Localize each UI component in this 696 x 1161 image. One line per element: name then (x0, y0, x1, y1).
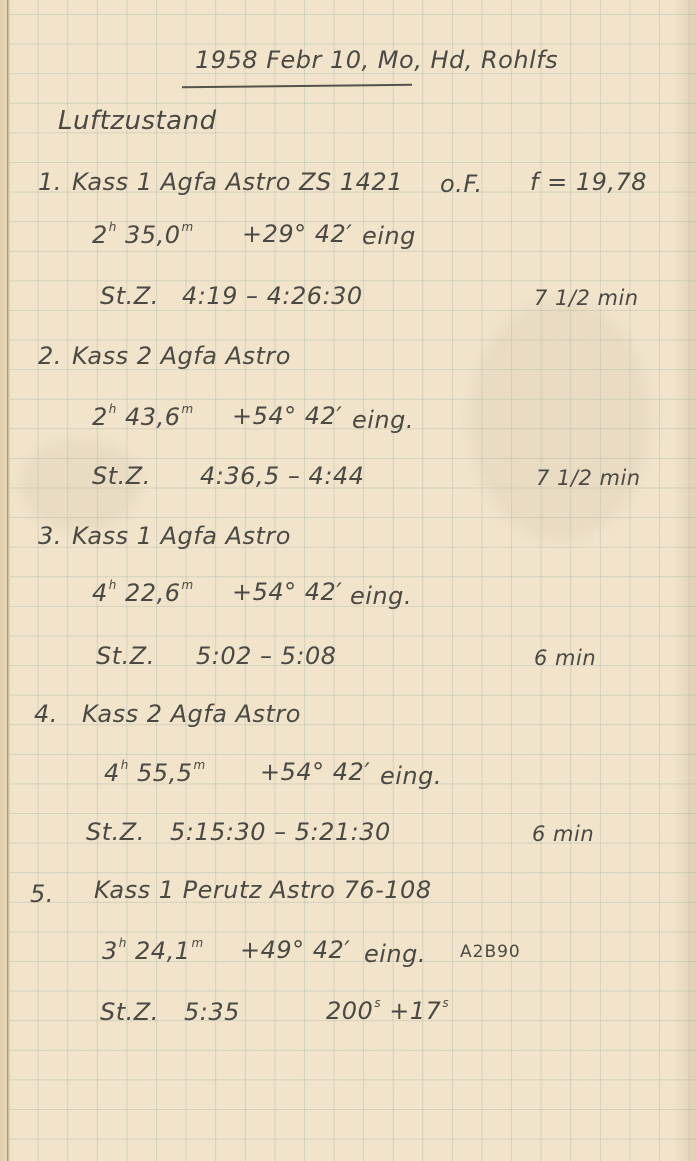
ra-hours: 4 (92, 579, 108, 607)
exposure-first-unit: s (374, 996, 381, 1010)
ra-hours-unit: h (109, 578, 117, 592)
entry-title: Kass 2 Agfa Astro (72, 342, 291, 370)
exposure-first: 200 (326, 997, 373, 1025)
page-binding-edge (0, 0, 10, 1161)
entry-title: Kass 1 Agfa Astro ZS 1421 (72, 168, 403, 196)
entry-note: o.F. (440, 170, 483, 198)
timing-label: St.Z. (86, 818, 145, 846)
entry-number: 4. (34, 700, 58, 728)
right-ascension: 4h 22,6m (92, 578, 194, 607)
timing-range: 4:36,5 – 4:44 (200, 462, 364, 490)
ra-hours-unit: h (121, 758, 129, 772)
right-ascension: 4h 55,5m (104, 758, 206, 787)
log-header: 1958 Febr 10, Mo, Hd, Rohlfs (195, 46, 558, 74)
declination-note: eing. (350, 582, 412, 610)
ra-minutes-unit: m (191, 936, 203, 950)
binding-crease (7, 0, 8, 1161)
declination: +29° 42′ (242, 220, 352, 248)
ra-hours-unit: h (109, 402, 117, 416)
page-edge-shadow (674, 0, 696, 1161)
timing-start: 5:35 (184, 998, 240, 1026)
ra-hours: 4 (104, 759, 120, 787)
entry-number: 2. (38, 342, 62, 370)
entry-number: 5. (30, 880, 54, 908)
entry-number: 1. (38, 168, 62, 196)
exposure-second-unit: s (442, 996, 449, 1010)
ra-minutes-unit: m (193, 758, 205, 772)
timing-label: St.Z. (100, 282, 159, 310)
declination: +49° 42′ (240, 936, 350, 964)
timing-range: 4:19 – 4:26:30 (182, 282, 363, 310)
timing-label: St.Z. (96, 642, 155, 670)
timing-label: St.Z. (100, 998, 159, 1026)
paper-stain (470, 300, 650, 540)
ra-hours-unit: h (109, 220, 117, 234)
declination: +54° 42′ (232, 402, 342, 430)
timing-label: St.Z. (92, 462, 151, 490)
declination: +54° 42′ (260, 758, 370, 786)
declination-note: eing. (364, 940, 426, 968)
ra-minutes-unit: m (181, 402, 193, 416)
right-ascension: 3h 24,1m (102, 936, 204, 965)
exposure-duration: 6 min (534, 646, 596, 670)
right-ascension: 2h 43,6m (92, 402, 194, 431)
entry-title: Kass 2 Agfa Astro (82, 700, 301, 728)
section-title: Luftzustand (58, 106, 217, 136)
timing-range: 5:15:30 – 5:21:30 (170, 818, 391, 846)
ra-hours: 2 (92, 403, 108, 431)
declination-note: eing (362, 222, 416, 250)
exposure-times: 200s +17s (326, 996, 449, 1025)
entry-title: Kass 1 Perutz Astro 76-108 (94, 876, 432, 904)
exposure-duration: 7 1/2 min (536, 466, 641, 490)
exposure-second: +17 (389, 997, 441, 1025)
ra-minutes-unit: m (181, 220, 193, 234)
exposure-duration: 7 1/2 min (534, 286, 639, 310)
right-ascension: 2h 35,0m (92, 220, 194, 249)
plate-code: A2B90 (460, 942, 521, 962)
entry-title: Kass 1 Agfa Astro (72, 522, 291, 550)
ra-minutes: 55,5 (137, 759, 192, 787)
exposure-duration: 6 min (532, 822, 594, 846)
declination: +54° 42′ (232, 578, 342, 606)
ra-hours-unit: h (119, 936, 127, 950)
declination-note: eing. (352, 406, 414, 434)
timing-range: 5:02 – 5:08 (196, 642, 337, 670)
ra-minutes: 35,0 (125, 221, 180, 249)
ra-hours: 3 (102, 937, 118, 965)
ra-minutes: 24,1 (135, 937, 190, 965)
declination-note: eing. (380, 762, 442, 790)
ra-minutes: 43,6 (125, 403, 180, 431)
entry-focal-length: f = 19,78 (530, 168, 647, 196)
notebook-page: 1958 Febr 10, Mo, Hd, Rohlfs Luftzustand… (0, 0, 696, 1161)
entry-number: 3. (38, 522, 62, 550)
ra-hours: 2 (92, 221, 108, 249)
ra-minutes-unit: m (181, 578, 193, 592)
ra-minutes: 22,6 (125, 579, 180, 607)
header-underline (182, 84, 412, 88)
